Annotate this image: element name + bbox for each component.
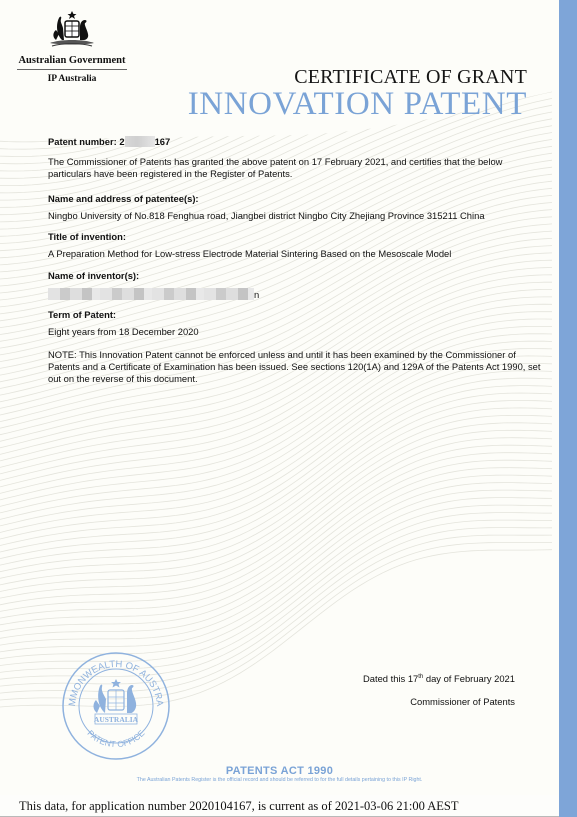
svg-text:COMMONWEALTH OF AUSTRALIA: COMMONWEALTH OF AUSTRALIA bbox=[61, 651, 165, 708]
government-logo: Australian Government IP Australia bbox=[17, 10, 127, 84]
term-label: Term of Patent: bbox=[48, 309, 116, 321]
inventor-row: n bbox=[48, 288, 259, 301]
coat-of-arms-icon bbox=[42, 10, 102, 52]
currency-note: This data, for application number 202010… bbox=[19, 799, 459, 814]
patentee-value: Ningbo University of No.818 Fenghua road… bbox=[48, 210, 485, 222]
dated-prefix: Dated this 17 bbox=[363, 673, 418, 684]
patent-number-suffix: 167 bbox=[155, 136, 171, 147]
dated-line: Dated this 17th day of February 2021 bbox=[363, 673, 515, 684]
patent-type-title: INNOVATION PATENT bbox=[188, 86, 527, 123]
title-value: A Preparation Method for Low-stress Elec… bbox=[48, 248, 451, 260]
enforcement-note: NOTE: This Innovation Patent cannot be e… bbox=[48, 349, 548, 385]
patents-act-title: PATENTS ACT 1990 bbox=[0, 765, 559, 777]
register-note: The Australian Patents Register is the o… bbox=[0, 777, 559, 783]
data-currency-footer: This data, for application number 202010… bbox=[0, 795, 559, 817]
redaction-block bbox=[48, 288, 254, 300]
term-value: Eight years from 18 December 2020 bbox=[48, 326, 199, 338]
title-label: Title of invention: bbox=[48, 231, 126, 243]
redaction-block bbox=[125, 136, 155, 147]
patent-number-label: Patent number: bbox=[48, 136, 117, 147]
dated-suffix: day of February 2021 bbox=[423, 673, 515, 684]
grant-statement: The Commissioner of Patents has granted … bbox=[48, 156, 548, 180]
inventor-label: Name of inventor(s): bbox=[48, 270, 139, 282]
government-name: Australian Government bbox=[17, 55, 127, 70]
certificate-page: Australian Government IP Australia CERTI… bbox=[0, 0, 559, 795]
patent-office-seal-icon: COMMONWEALTH OF AUSTRALIA PATENT OFFICE … bbox=[61, 651, 171, 761]
svg-text:AUSTRALIA: AUSTRALIA bbox=[94, 715, 139, 724]
decorative-blue-band bbox=[559, 0, 577, 817]
inventor-suffix: n bbox=[254, 289, 259, 300]
patentee-label: Name and address of patentee(s): bbox=[48, 193, 199, 205]
svg-text:PATENT OFFICE: PATENT OFFICE bbox=[85, 728, 146, 749]
signatory: Commissioner of Patents bbox=[410, 696, 515, 707]
patent-number-row: Patent number: 2167 bbox=[48, 136, 170, 148]
agency-name: IP Australia bbox=[17, 74, 127, 84]
